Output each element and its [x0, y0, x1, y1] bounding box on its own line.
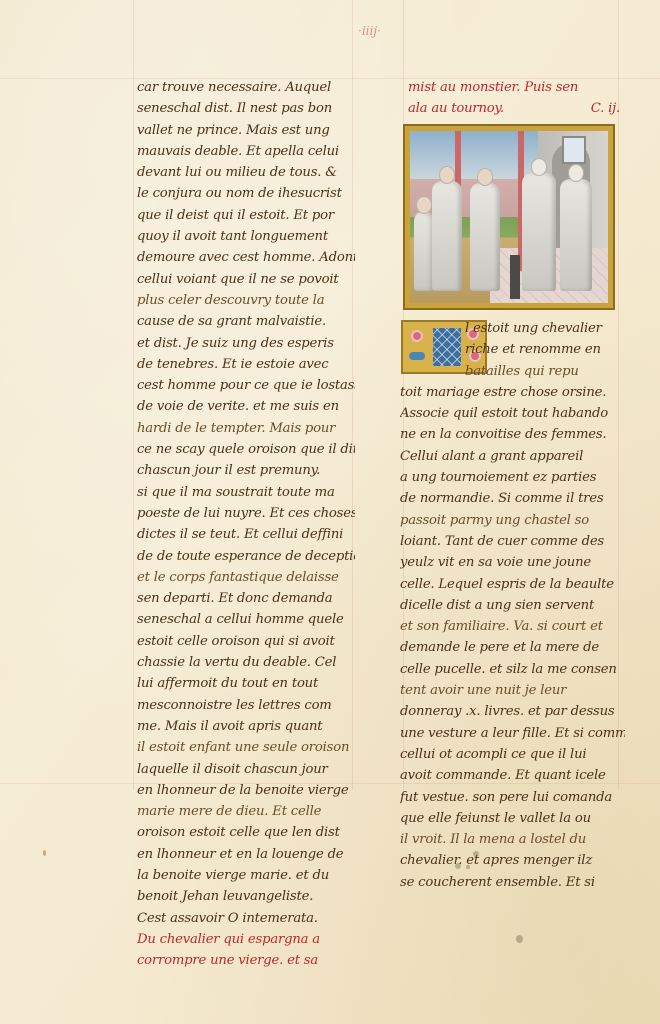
text-line: passoit parmy ung chastel so [400, 510, 625, 531]
text-line: de voie de verite. et me suis en [137, 396, 355, 417]
text-line: que elle feiunst le vallet la ou [400, 808, 625, 829]
text-line: se coucherent ensemble. Et si [400, 872, 625, 893]
text-line: cause de sa grant malvaistie. [137, 311, 355, 332]
figure-young-man [432, 181, 462, 291]
text-line: me. Mais il avoit apris quant [137, 716, 355, 737]
text-line: l estoit ung chevalier [400, 318, 625, 339]
ruling-line-left [133, 0, 134, 790]
text-line: donneray .x. livres. et par dessus [400, 701, 625, 722]
text-line: avoit commande. Et quant icele [400, 765, 625, 786]
text-line: ce ne scay quele oroison que il dit [137, 439, 355, 460]
text-line: a ung tournoiement ez parties [400, 467, 625, 488]
rubric-line: mist au monstier. Puis sen [408, 77, 620, 98]
text-line: il estoit enfant une seule oroison [137, 737, 355, 758]
rubric-text: ala au tournoy. [408, 101, 504, 116]
text-line: hardi de le tempter. Mais pour [137, 418, 355, 439]
text-line: de tenebres. Et ie estoie avec [137, 354, 355, 375]
rubric-line: corrompre une vierge. et sa [137, 950, 355, 971]
text-line: cellui voiant que il ne se povoit [137, 269, 355, 290]
column-base [510, 255, 520, 299]
text-line: demoure avec cest homme. Adont [137, 247, 355, 268]
text-line: demande le pere et la mere de [400, 637, 625, 658]
text-line: mauvais deable. Et apella celui [137, 141, 355, 162]
left-text-column: car trouve necessaire. Auquel seneschal … [137, 77, 355, 971]
right-rubric-heading: mist au monstier. Puis sen ala au tourno… [408, 77, 620, 120]
text-line: tent avoir une nuit je leur [400, 680, 625, 701]
text-line: fut vestue. son pere lui comanda [400, 787, 625, 808]
text-line: Cellui alant a grant appareil [400, 446, 625, 467]
text-line: dicelle dist a ung sien servent [400, 595, 625, 616]
text-line: marie mere de dieu. Et celle [137, 801, 355, 822]
ink-stain [455, 863, 461, 869]
text-line: poeste de lui nuyre. Et ces choses [137, 503, 355, 524]
rubric-line: Du chevalier qui espargna a [137, 929, 355, 950]
text-line: Cest assavoir O intemerata. [137, 908, 355, 929]
ink-stain [473, 851, 479, 857]
text-line: chassie la vertu du deable. Cel [137, 652, 355, 673]
ink-stain [43, 850, 46, 856]
text-line: et son familiaire. Va. si court et [400, 616, 625, 637]
text-line: Associe quil estoit tout habando [400, 403, 625, 424]
text-line: si que il ma soustrait toute ma [137, 482, 355, 503]
text-line: le conjura ou nom de ihesucrist [137, 183, 355, 204]
text-line: batailles qui repu [400, 361, 625, 382]
text-line: benoit Jehan leuvangeliste. [137, 886, 355, 907]
text-line: et le corps fantastique delaisse [137, 567, 355, 588]
text-line: chevalier. et apres menger ilz [400, 850, 625, 871]
figure-maiden [470, 183, 500, 291]
text-line: dictes il se teut. Et cellui deffini [137, 524, 355, 545]
text-line: celle pucelle. et silz la me consen [400, 659, 625, 680]
text-line: que il deist qui il estoit. Et por [137, 205, 355, 226]
miniature-scene [410, 131, 608, 303]
text-line: la benoite vierge marie. et du [137, 865, 355, 886]
text-line: car trouve necessaire. Auquel [137, 77, 355, 98]
text-line: en lhonneur et en la louenge de [137, 844, 355, 865]
text-line: plus celer descouvry toute la [137, 290, 355, 311]
text-line: cellui ot acompli ce que il lui [400, 744, 625, 765]
text-line: il vroit. Il la mena a lostel du [400, 829, 625, 850]
text-line: mesconnoistre les lettres com [137, 695, 355, 716]
text-line: cest homme pour ce que ie lostasse [137, 375, 355, 396]
text-line: en lhonneur de la benoite vierge [137, 780, 355, 801]
text-line: ne en la convoitise des femmes. [400, 424, 625, 445]
text-line: de de toute esperance de deception. [137, 546, 355, 567]
text-line: devant lui ou milieu de tous. & [137, 162, 355, 183]
text-line: et dist. Je suiz ung des esperis [137, 333, 355, 354]
text-line: lui affermoit du tout en tout [137, 673, 355, 694]
miniature-illustration [403, 124, 615, 310]
text-line: sen departi. Et donc demanda [137, 588, 355, 609]
figure-nun [560, 179, 592, 291]
window [562, 136, 586, 164]
text-line: de normandie. Si comme il tres [400, 488, 625, 509]
text-line: laquelle il disoit chascun jour [137, 759, 355, 780]
text-line: seneschal dist. Il nest pas bon [137, 98, 355, 119]
figure-servant [414, 211, 434, 291]
text-line: quoy il avoit tant longuement [137, 226, 355, 247]
text-line: oroison estoit celle que len dist [137, 822, 355, 843]
chapter-number: C. ij. [591, 98, 620, 119]
text-line: celle. Lequel espris de la beaulte [400, 574, 625, 595]
text-line: chascun jour il est premuny. [137, 460, 355, 481]
folio-number: ·iiij· [358, 24, 381, 38]
rubric-line: ala au tournoy. C. ij. [408, 98, 620, 119]
text-line: toit mariage estre chose orsine. [400, 382, 625, 403]
right-text-column: l estoit ung chevalier riche et renomme … [400, 318, 625, 893]
figure-nun [522, 173, 556, 291]
text-line: seneschal a cellui homme quele [137, 609, 355, 630]
text-line: yeulz vit en sa voie une joune [400, 552, 625, 573]
ink-stain [516, 935, 523, 943]
text-line: estoit celle oroison qui si avoit [137, 631, 355, 652]
text-line: loiant. Tant de cuer comme des [400, 531, 625, 552]
ink-stain [466, 865, 470, 869]
manuscript-page: ·iiij· car trouve necessaire. Auquel sen… [0, 0, 660, 1024]
text-line: une vesture a leur fille. Et si comme [400, 723, 625, 744]
text-line: riche et renomme en [400, 339, 625, 360]
text-line: vallet ne prince. Mais est ung [137, 120, 355, 141]
